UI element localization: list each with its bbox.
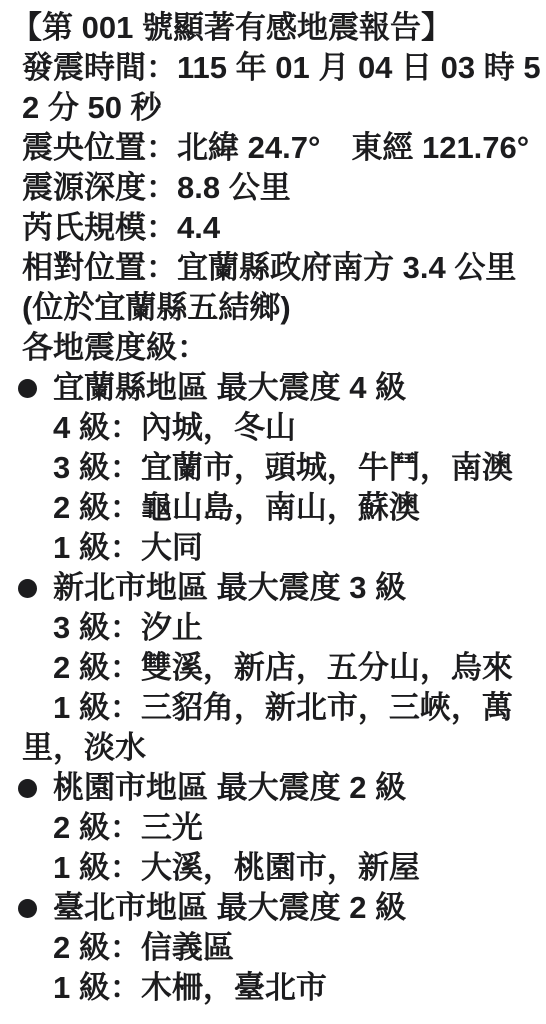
intensity-level-line: 1 級：木柵，臺北市 <box>22 968 542 1008</box>
relative-township-line: (位於宜蘭縣五結鄉) <box>22 288 542 328</box>
origin-time-line: 發震時間：115 年 01 月 04 日 03 時 52 分 50 秒 <box>22 48 542 128</box>
intensity-level-line: 2 級：龜山島，南山，蘇澳 <box>22 488 542 528</box>
region-header-taipei: 臺北市地區 最大震度 2 級 <box>18 888 542 928</box>
depth-line: 震源深度：8.8 公里 <box>22 168 542 208</box>
earthquake-report: 【第 001 號顯著有感地震報告】 發震時間：115 年 01 月 04 日 0… <box>0 0 546 1024</box>
bullet-icon <box>18 579 37 598</box>
bullet-icon <box>18 899 37 918</box>
magnitude-line: 芮氏規模：4.4 <box>22 208 542 248</box>
region-title: 臺北市地區 最大震度 2 級 <box>53 888 406 928</box>
region-header-yilan: 宜蘭縣地區 最大震度 4 級 <box>18 368 542 408</box>
bullet-icon <box>18 379 37 398</box>
region-title: 桃園市地區 最大震度 2 級 <box>53 768 406 808</box>
intensity-level-line: 3 級：汐止 <box>22 608 542 648</box>
relative-position-line: 相對位置：宜蘭縣政府南方 3.4 公里 <box>22 248 542 288</box>
intensity-level-line: 2 級：三光 <box>22 808 542 848</box>
intensity-level-line: 3 級：宜蘭市，頭城，牛鬥，南澳 <box>22 448 542 488</box>
region-header-taoyuan: 桃園市地區 最大震度 2 級 <box>18 768 542 808</box>
bullet-icon <box>18 779 37 798</box>
intensity-section-header: 各地震度級： <box>22 328 542 368</box>
intensity-level-line: 2 級：信義區 <box>22 928 542 968</box>
intensity-level-line: 2 級：雙溪，新店，五分山，烏來 <box>22 648 542 688</box>
epicenter-line: 震央位置：北緯 24.7° 東經 121.76° <box>22 128 542 168</box>
region-title: 宜蘭縣地區 最大震度 4 級 <box>53 368 406 408</box>
intensity-level-line: 1 級：大同 <box>22 528 542 568</box>
intensity-level-line: 1 級：大溪，桃園市，新屋 <box>22 848 542 888</box>
intensity-level-line: 4 級：內城，冬山 <box>22 408 542 448</box>
report-title: 【第 001 號顯著有感地震報告】 <box>11 8 542 48</box>
region-header-newtaipei: 新北市地區 最大震度 3 級 <box>18 568 542 608</box>
region-title: 新北市地區 最大震度 3 級 <box>53 568 406 608</box>
intensity-level-line: 1 級：三貂角，新北市，三峽，萬里，淡水 <box>22 688 542 768</box>
